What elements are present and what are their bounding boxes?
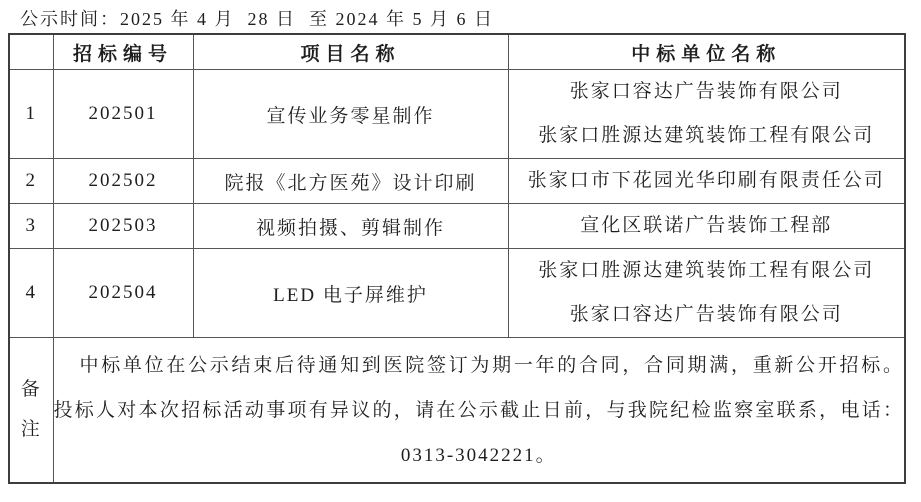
bid-number-cell: 202502 bbox=[53, 159, 193, 204]
table-row: 2 202502 院报《北方医苑》设计印刷 张家口市下花园光华印刷有限责任公司 bbox=[9, 159, 905, 204]
header-index-cell bbox=[9, 34, 53, 70]
winner-name: 张家口容达广告装饰有限公司 bbox=[509, 293, 905, 337]
remark-label-char: 注 bbox=[10, 410, 53, 450]
project-name-cell: 视频拍摄、剪辑制作 bbox=[193, 204, 508, 249]
winner-name: 张家口胜源达建筑装饰工程有限公司 bbox=[509, 114, 905, 158]
header-project-name-cell: 项目名称 bbox=[193, 34, 508, 70]
project-name-cell: 院报《北方医苑》设计印刷 bbox=[193, 159, 508, 204]
row-number-cell: 2 bbox=[9, 159, 53, 204]
publicity-period-text: 公示时间：2025 年 4 月 28 日 至 2024 年 5 月 6 日 bbox=[20, 5, 494, 31]
remark-text-line: 0313-3042221。 bbox=[54, 433, 905, 478]
bid-number-cell: 202501 bbox=[53, 70, 193, 159]
row-number-cell: 3 bbox=[9, 204, 53, 249]
winner-name: 张家口容达广告装饰有限公司 bbox=[509, 70, 905, 114]
winner-cell: 张家口胜源达建筑装饰工程有限公司 张家口容达广告装饰有限公司 bbox=[508, 249, 905, 338]
remark-row: 备 注 中标单位在公示结束后待通知到医院签订为期一年的合同，合同期满，重新公开招… bbox=[9, 338, 905, 484]
bid-number-cell: 202503 bbox=[53, 204, 193, 249]
header-winner-name-cell: 中标单位名称 bbox=[508, 34, 905, 70]
bid-announcement-page: 公示时间：2025 年 4 月 28 日 至 2024 年 5 月 6 日 招标… bbox=[0, 0, 921, 502]
remark-label-char: 备 bbox=[10, 370, 53, 410]
winner-name: 张家口市下花园光华印刷有限责任公司 bbox=[509, 159, 905, 203]
remark-text-cell: 中标单位在公示结束后待通知到医院签订为期一年的合同，合同期满，重新公开招标。 投… bbox=[53, 338, 905, 484]
winner-cell: 张家口容达广告装饰有限公司 张家口胜源达建筑装饰工程有限公司 bbox=[508, 70, 905, 159]
row-number-cell: 4 bbox=[9, 249, 53, 338]
winner-cell: 张家口市下花园光华印刷有限责任公司 bbox=[508, 159, 905, 204]
table-row: 4 202504 LED 电子屏维护 张家口胜源达建筑装饰工程有限公司 张家口容… bbox=[9, 249, 905, 338]
winner-name: 宣化区联诺广告装饰工程部 bbox=[509, 204, 905, 248]
project-name-cell: LED 电子屏维护 bbox=[193, 249, 508, 338]
header-bid-number-cell: 招标编号 bbox=[53, 34, 193, 70]
bid-number-cell: 202504 bbox=[53, 249, 193, 338]
remark-text-line: 投标人对本次招标活动事项有异议的，请在公示截止日前，与我院纪检监察室联系，电话： bbox=[54, 388, 905, 433]
bid-results-table: 招标编号 项目名称 中标单位名称 1 202501 宣传业务零星制作 张家口容达… bbox=[8, 33, 906, 484]
table-row: 3 202503 视频拍摄、剪辑制作 宣化区联诺广告装饰工程部 bbox=[9, 204, 905, 249]
winner-name: 张家口胜源达建筑装饰工程有限公司 bbox=[509, 249, 905, 293]
table-header-row: 招标编号 项目名称 中标单位名称 bbox=[9, 34, 905, 70]
winner-cell: 宣化区联诺广告装饰工程部 bbox=[508, 204, 905, 249]
project-name-cell: 宣传业务零星制作 bbox=[193, 70, 508, 159]
table-row: 1 202501 宣传业务零星制作 张家口容达广告装饰有限公司 张家口胜源达建筑… bbox=[9, 70, 905, 159]
remark-text-line: 中标单位在公示结束后待通知到医院签订为期一年的合同，合同期满，重新公开招标。 bbox=[54, 343, 905, 388]
remark-label-cell: 备 注 bbox=[9, 338, 53, 484]
row-number-cell: 1 bbox=[9, 70, 53, 159]
